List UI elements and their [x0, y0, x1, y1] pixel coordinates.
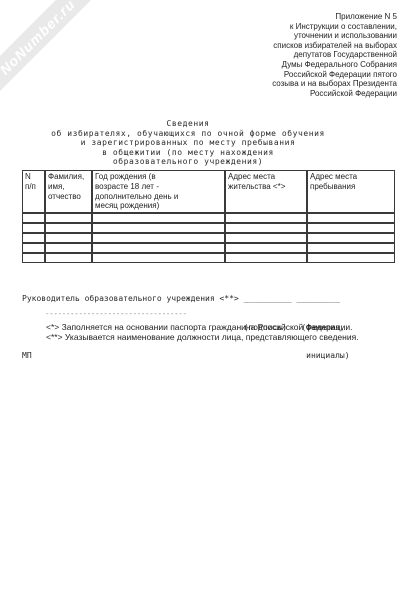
- voters-table-body: [22, 213, 395, 263]
- column-header-residence-address: Адрес места жительства <*>: [225, 170, 307, 213]
- title-line: и зарегистрированных по месту пребывания: [22, 138, 354, 148]
- table-cell: [22, 213, 45, 223]
- table-cell: [92, 243, 225, 253]
- appendix-line: Российской Федерации пятого: [272, 70, 397, 80]
- appendix-line: созыва и на выборах Президента: [272, 79, 397, 89]
- title-line: об избирателях, обучающихся по очной фор…: [22, 129, 354, 139]
- table-cell: [225, 213, 307, 223]
- voters-table-header: N п/п Фамилия, имя, отчество Год рождени…: [22, 170, 395, 213]
- footnotes-section: ---------------------------------- <*> З…: [46, 309, 359, 342]
- page-title: Сведения об избирателях, обучающихся по …: [22, 119, 354, 167]
- appendix-line: Российской Федерации: [272, 89, 397, 99]
- appendix-reference: Приложение N 5 к Инструкции о составлени…: [272, 12, 397, 98]
- table-cell: [22, 243, 45, 253]
- table-cell: [92, 253, 225, 263]
- watermark-banner: NoNumber.ru: [0, 0, 100, 100]
- table-cell: [225, 243, 307, 253]
- table-cell: [45, 223, 92, 233]
- appendix-line: к Инструкции о составлении,: [272, 22, 397, 32]
- table-cell: [225, 223, 307, 233]
- table-row: [22, 223, 395, 233]
- appendix-line: списков избирателей на выборах: [272, 41, 397, 51]
- appendix-line: Думы Федерального Собрания: [272, 60, 397, 70]
- title-line: образовательного учреждения): [22, 157, 354, 167]
- voters-table: N п/п Фамилия, имя, отчество Год рождени…: [22, 170, 395, 263]
- table-row: [22, 213, 395, 223]
- table-cell: [307, 253, 395, 263]
- signature-line: Руководитель образовательного учреждения…: [22, 294, 350, 304]
- stamp-and-caption-row: МП инициалы): [22, 351, 350, 361]
- footnote-item: <*> Заполняется на основании паспорта гр…: [46, 322, 359, 332]
- table-cell: [225, 253, 307, 263]
- table-row: [22, 243, 395, 253]
- column-header-name: Фамилия, имя, отчество: [45, 170, 92, 213]
- watermark-text: NoNumber.ru: [0, 0, 78, 77]
- footnote-divider: ----------------------------------: [46, 309, 359, 322]
- table-cell: [22, 223, 45, 233]
- document-page: { "watermark": { "text": "NoNumber.ru", …: [0, 0, 420, 600]
- table-cell: [92, 233, 225, 243]
- appendix-line: уточнении и использовании: [272, 31, 397, 41]
- footnote-item: <**> Указывается наименование должности …: [46, 332, 359, 342]
- appendix-line: Приложение N 5: [272, 12, 397, 22]
- column-header-number: N п/п: [22, 170, 45, 213]
- title-line: Сведения: [22, 119, 354, 129]
- table-row: [22, 233, 395, 243]
- table-cell: [45, 213, 92, 223]
- table-cell: [92, 213, 225, 223]
- table-cell: [45, 233, 92, 243]
- title-line: в общежитии (по месту нахождения: [22, 148, 354, 158]
- table-cell: [92, 223, 225, 233]
- table-cell: [307, 213, 395, 223]
- table-cell: [22, 253, 45, 263]
- table-cell: [307, 233, 395, 243]
- table-cell: [307, 243, 395, 253]
- column-header-birth-year: Год рождения (в возрасте 18 лет - дополн…: [92, 170, 225, 213]
- column-header-stay-address: Адрес места пребывания: [307, 170, 395, 213]
- appendix-line: депутатов Государственной: [272, 50, 397, 60]
- table-cell: [45, 243, 92, 253]
- table-cell: [225, 233, 307, 243]
- table-cell: [22, 233, 45, 243]
- table-row: [22, 253, 395, 263]
- table-header-row: N п/п Фамилия, имя, отчество Год рождени…: [22, 170, 395, 213]
- table-cell: [45, 253, 92, 263]
- table-cell: [307, 223, 395, 233]
